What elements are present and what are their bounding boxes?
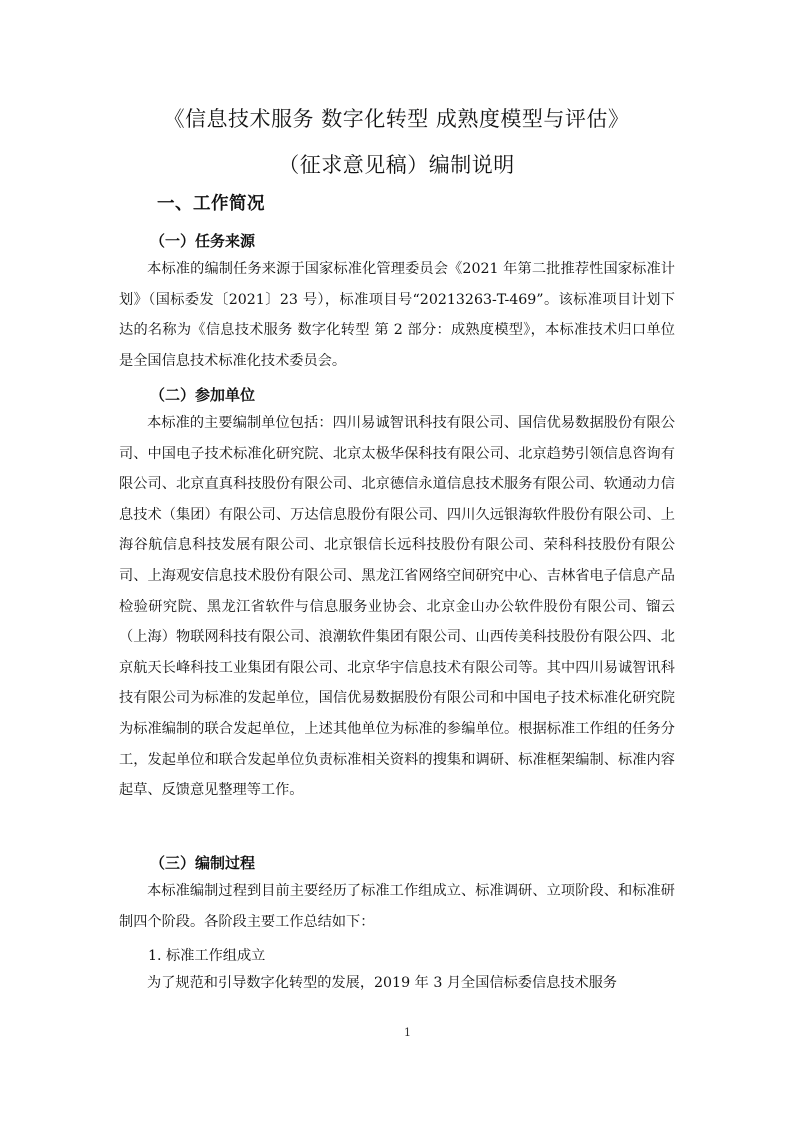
document-title-line1: 《信息技术服务 数字化转型 成熟度模型与评估》 — [0, 103, 793, 133]
paragraph-process-continued: 为了规范和引导数字化转型的发展，2019 年 3 月全国信标委信息技术服务 — [119, 968, 675, 999]
document-title-line2: （征求意见稿）编制说明 — [0, 149, 793, 179]
subsection-heading-task-source: （一）任务来源 — [150, 230, 255, 251]
paragraph-process-continued-text: 为了规范和引导数字化转型的发展，2019 年 3 月全国信标委信息技术服务 — [147, 975, 617, 991]
paragraph-participants: 本标准的主要编制单位包括：四川易诚智讯科技有限公司、国信优易数据股份有限公司、中… — [119, 408, 675, 806]
subsection-heading-participants: （二）参加单位 — [150, 384, 255, 405]
paragraph-participants-text: 本标准的主要编制单位包括：四川易诚智讯科技有限公司、国信优易数据股份有限公司、中… — [119, 415, 675, 798]
section-heading-work-overview: 一、工作简况 — [157, 190, 265, 215]
document-page: 《信息技术服务 数字化转型 成熟度模型与评估》 （征求意见稿）编制说明 一、工作… — [0, 0, 793, 1122]
paragraph-task-source-text: 本标准的编制任务来源于国家标准化管理委员会《2021 年第二批推荐性国家标准计划… — [119, 261, 675, 369]
paragraph-process: 本标准编制过程到目前主要经历了标准工作组成立、标准调研、立项阶段、和标准研制四个… — [119, 876, 675, 937]
subsection-heading-process: （三）编制过程 — [150, 852, 255, 873]
list-item-working-group: 1. 标准工作组成立 — [148, 945, 265, 965]
paragraph-process-text: 本标准编制过程到目前主要经历了标准工作组成立、标准调研、立项阶段、和标准研制四个… — [119, 883, 675, 930]
paragraph-task-source: 本标准的编制任务来源于国家标准化管理委员会《2021 年第二批推荐性国家标准计划… — [119, 254, 675, 376]
page-number: 1 — [404, 1026, 411, 1039]
